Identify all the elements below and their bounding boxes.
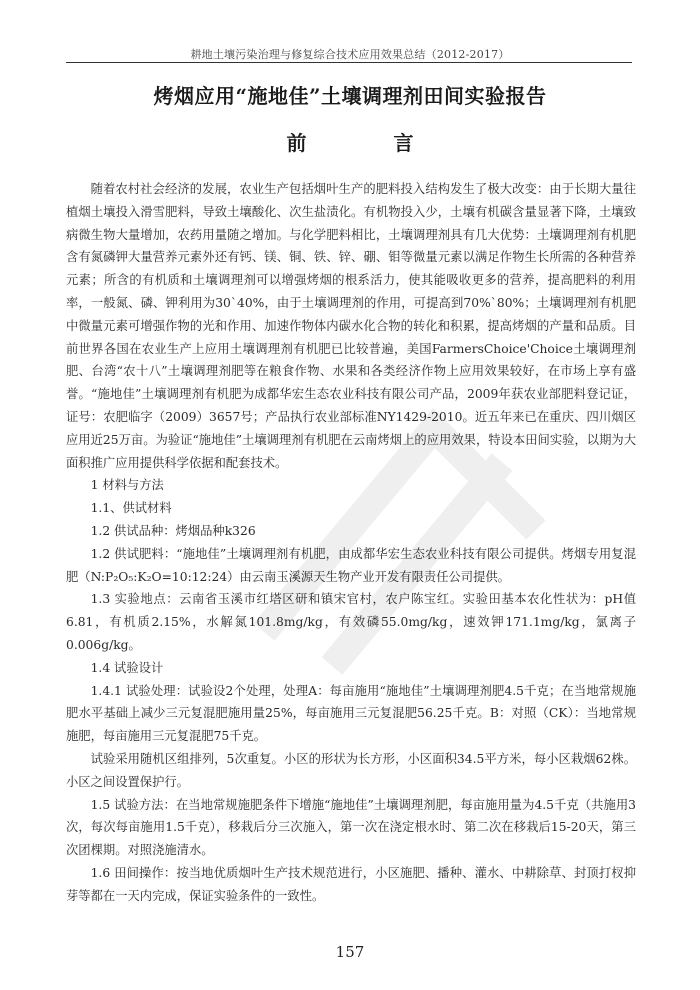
section-title-preface: 前 言 <box>0 127 700 156</box>
document-title: 烤烟应用“施地佳”土壤调理剂田间实验报告 <box>0 80 700 109</box>
heading-test-materials: 1.1、供试材料 <box>66 497 636 520</box>
paragraph-test-site: 1.3 实验地点：云南省玉溪市红塔区研和镇宋官村，农户陈宝红。实验田基本农化性状… <box>66 588 636 656</box>
paragraph-treatments: 1.4.1 试验处理：试验设2个处理，处理A：每亩施用“施地佳”土壤调理剂肥4.… <box>66 680 636 748</box>
paragraph-test-fertilizer: 1.2 供试肥料：“施地佳”土壤调理剂有机肥，由成都华宏生态农业科技有限公司提供… <box>66 543 636 589</box>
paragraph-test-variety: 1.2 供试品种：烤烟品种k326 <box>66 520 636 543</box>
heading-materials-methods: 1 材料与方法 <box>66 474 636 497</box>
paragraph-layout: 试验采用随机区组排列，5次重复。小区的形状为长方形，小区面积34.5平方米，每小… <box>66 748 636 794</box>
paragraph-field-operation: 1.6 田间操作：按当地优质烟叶生产技术规范进行，小区施肥、播种、灌水、中耕除草… <box>66 862 636 908</box>
running-header: 耕地土壤污染治理与修复综合技术应用效果总结（2012-2017） <box>67 46 633 62</box>
document-body: 随着农村社会经济的发展，农业生产包括烟叶生产的肥料投入结构发生了极大改变：由于长… <box>66 178 636 908</box>
paragraph-intro: 随着农村社会经济的发展，农业生产包括烟叶生产的肥料投入结构发生了极大改变：由于长… <box>66 178 636 474</box>
page-number: 157 <box>0 943 700 961</box>
paragraph-test-method: 1.5 试验方法：在当地常规施肥条件下增施“施地佳”土壤调理剂肥，每亩施用量为4… <box>66 794 636 862</box>
header-rule <box>66 62 632 63</box>
heading-test-design: 1.4 试验设计 <box>66 657 636 680</box>
